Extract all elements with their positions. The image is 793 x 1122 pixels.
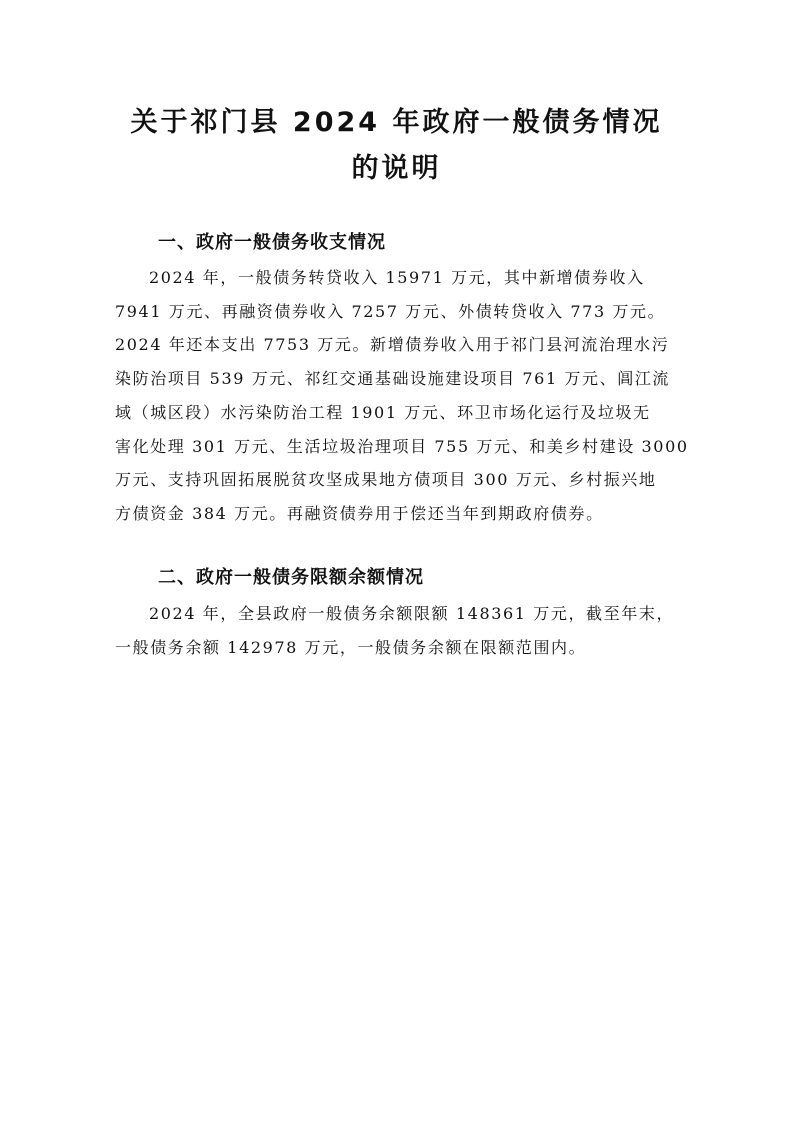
- paragraph-line: 7941 万元、再融资债券收入 7257 万元、外债转贷收入 773 万元。: [115, 295, 680, 329]
- document-title: 关于祁门县 2024 年政府一般债务情况 的说明: [100, 100, 693, 192]
- title-line-2: 的说明: [100, 146, 693, 192]
- paragraph-line: 2024 年还本支出 7753 万元。新增债券收入用于祁门县河流治理水污: [115, 328, 680, 362]
- document-page: 关于祁门县 2024 年政府一般债务情况 的说明 一、政府一般债务收支情况 20…: [0, 0, 793, 1122]
- section-heading-1: 一、政府一般债务收支情况: [158, 231, 386, 255]
- paragraph-line: 万元、支持巩固拓展脱贫攻坚成果地方债项目 300 万元、乡村振兴地: [115, 463, 680, 497]
- paragraph-line: 一般债务余额 142978 万元，一般债务余额在限额范围内。: [115, 631, 680, 665]
- paragraph-line: 害化处理 301 万元、生活垃圾治理项目 755 万元、和美乡村建设 3000: [115, 430, 680, 464]
- paragraph-line: 域（城区段）水污染防治工程 1901 万元、环卫市场化运行及垃圾无: [115, 396, 680, 430]
- paragraph-line: 2024 年，一般债务转贷收入 15971 万元，其中新增债券收入: [115, 261, 680, 295]
- section-heading-2: 二、政府一般债务限额余额情况: [158, 566, 424, 590]
- section-paragraph-1: 2024 年，一般债务转贷收入 15971 万元，其中新增债券收入 7941 万…: [115, 261, 680, 531]
- paragraph-line: 染防治项目 539 万元、祁红交通基础设施建设项目 761 万元、阊江流: [115, 362, 680, 396]
- paragraph-line: 2024 年，全县政府一般债务余额限额 148361 万元，截至年末，: [115, 597, 680, 631]
- title-line-1: 关于祁门县 2024 年政府一般债务情况: [100, 100, 693, 146]
- paragraph-line: 方债资金 384 万元。再融资债券用于偿还当年到期政府债券。: [115, 497, 680, 531]
- section-paragraph-2: 2024 年，全县政府一般债务余额限额 148361 万元，截至年末， 一般债务…: [115, 597, 680, 664]
